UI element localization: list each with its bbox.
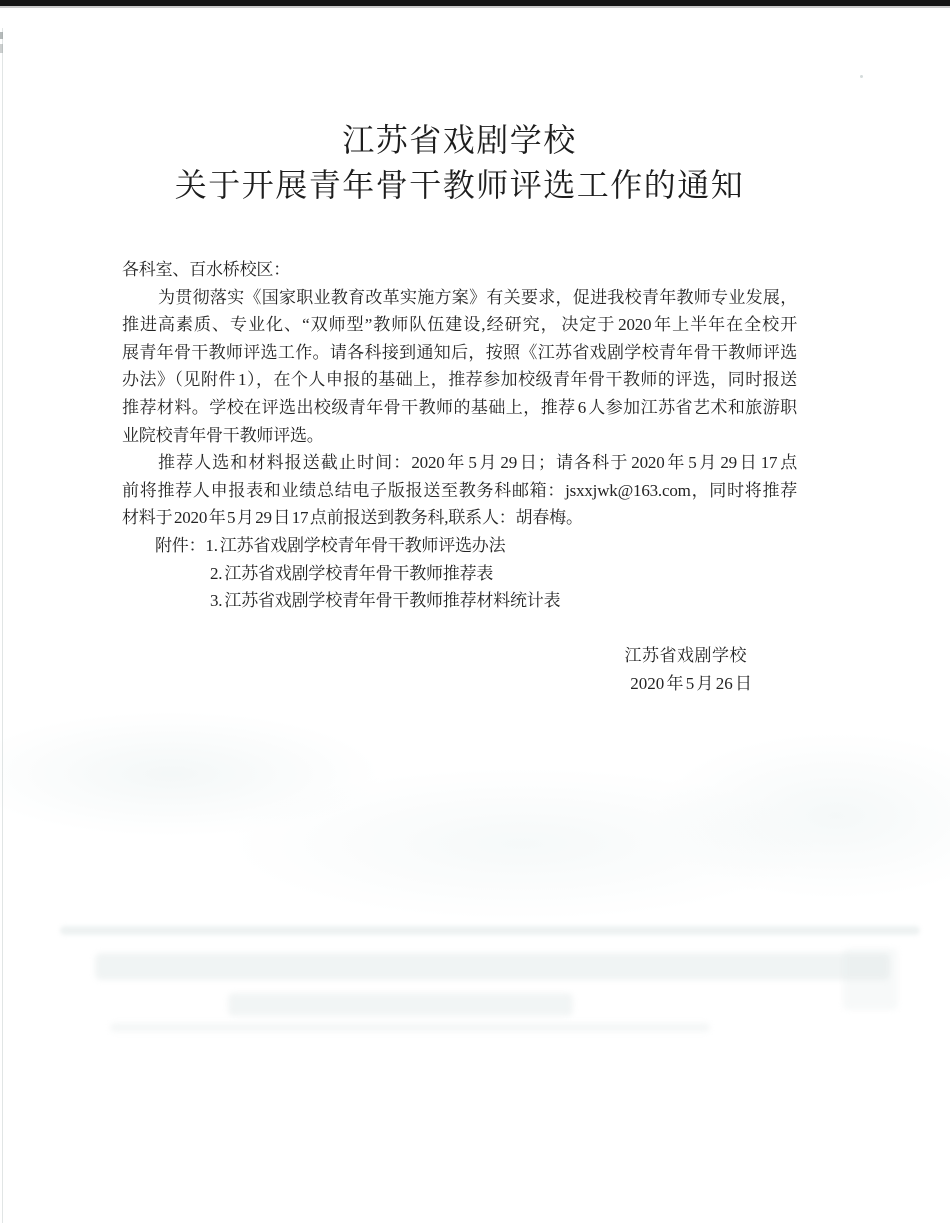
scan-bleedthrough-artifact [110, 1023, 710, 1032]
paragraph2-line: 前将推荐人申报表和业绩总结电子版报送至教务科邮箱：jsxxjwk@163.com… [122, 477, 797, 505]
blank-line [122, 615, 797, 643]
notice-title-line-1: 江苏省戏剧学校 [112, 118, 807, 163]
notice-title: 江苏省戏剧学校 关于开展青年骨干教师评选工作的通知 [112, 118, 807, 208]
scan-speck [860, 75, 863, 78]
notice-body: 各科室、百水桥校区： 为贯彻落实《国家职业教育改革实施方案》有关要求，促进我校青… [122, 256, 797, 698]
scan-bleedthrough-artifact [60, 926, 920, 935]
salutation: 各科室、百水桥校区： [122, 256, 797, 284]
scanned-notice-page: { "colors": { "ink": "#262626", "scan_ba… [0, 0, 950, 1229]
paragraph1-line: 为贯彻落实《国家职业教育改革实施方案》有关要求，促进我校青年教师专业发展， [122, 284, 797, 312]
notice-title-line-2: 关于开展青年骨干教师评选工作的通知 [112, 163, 807, 208]
attachment-item-2: 2. 江苏省戏剧学校青年骨干教师推荐表 [122, 560, 797, 588]
scan-top-bar-shadow [0, 6, 950, 8]
scan-bleedthrough-artifact [228, 993, 573, 1016]
paragraph2-line: 推荐人选和材料报送截止时间：2020 年 5 月 29 日；请各科于 2020 … [122, 449, 797, 477]
scan-edge-mark [0, 44, 3, 53]
scan-bleedthrough-artifact [843, 948, 898, 1010]
attachment-item-1: 1. 江苏省戏剧学校青年骨干教师评选办法 [205, 536, 505, 555]
attachments-label: 附件： [155, 536, 205, 555]
paragraph1-line: 展青年骨干教师评选工作。请各科接到通知后，按照《江苏省戏剧学校青年骨干教师评选 [122, 339, 797, 367]
scan-left-edge-line [2, 28, 3, 1223]
scan-edge-mark [0, 32, 3, 39]
paragraph1-line: 办法》（见附件 1），在个人申报的基础上，推荐参加校级青年骨干教师的评选，同时报… [122, 366, 797, 394]
attachment-item: 附件：1. 江苏省戏剧学校青年骨干教师评选办法 [122, 532, 797, 560]
scan-bleedthrough-artifact [95, 953, 890, 980]
attachment-item-3: 3. 江苏省戏剧学校青年骨干教师推荐材料统计表 [122, 587, 797, 615]
signature-date: 2020 年 5 月 26 日 [122, 670, 797, 698]
signature-org: 江苏省戏剧学校 [122, 642, 797, 670]
paragraph1-line: 推荐材料。学校在评选出校级青年骨干教师的基础上，推荐 6 人参加江苏省艺术和旅游… [122, 394, 797, 422]
paragraph2-line: 材料于 2020 年 5 月 29 日 17 点前报送到教务科,联系人：胡春梅。 [122, 504, 797, 532]
paragraph1-line: 推进高素质、专业化、“双师型”教师队伍建设,经研究， 决定于 2020 年上半年… [122, 311, 797, 339]
paragraph1-line: 业院校青年骨干教师评选。 [122, 422, 797, 450]
